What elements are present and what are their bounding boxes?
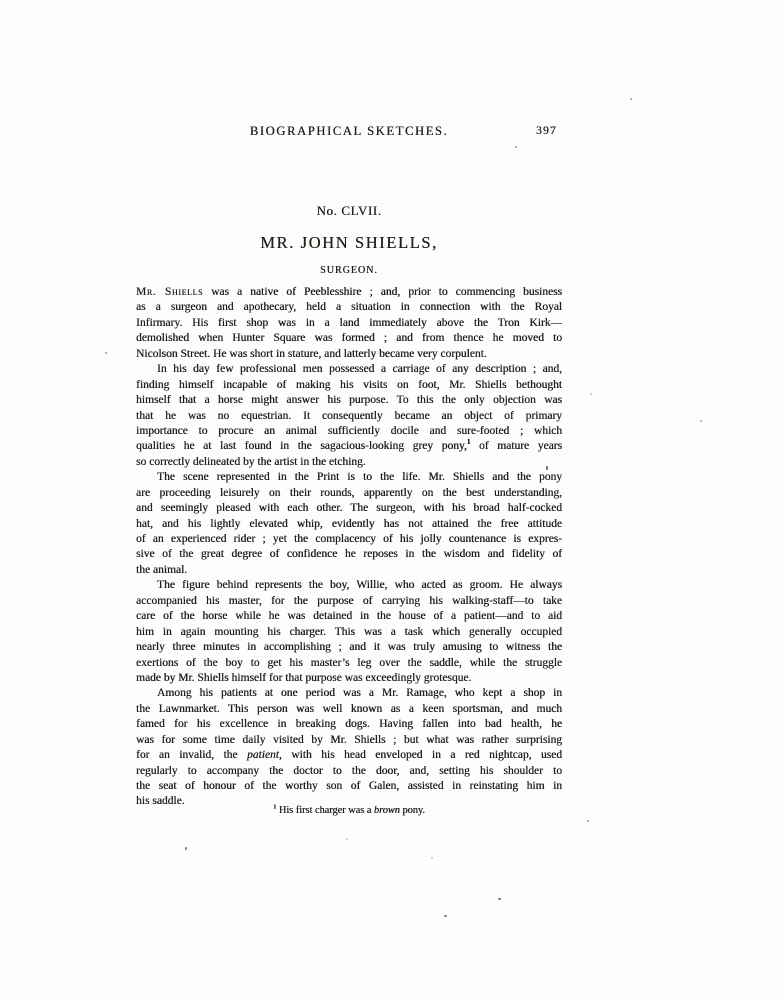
text-line: finding himself incapable of making his … (136, 378, 562, 393)
text-line: Nicolson Street. He was short in stature… (136, 347, 562, 362)
article-body: Mr. Shiells was a native of Peeblesshire… (136, 285, 562, 810)
scan-speck (630, 98, 632, 100)
text-line: was for some time daily visited by Mr. S… (136, 733, 562, 748)
text-line: that he was no equestrian. It consequent… (136, 409, 562, 424)
text-line: accompanied his master, for the purpose … (136, 594, 562, 609)
text-line: Mr. Shiells was a native of Peeblesshire… (136, 285, 562, 300)
text-line: himself that a horse might answer his pu… (136, 393, 562, 408)
text-line: the seat of honour of the worthy son of … (136, 779, 562, 794)
scan-speck (515, 146, 517, 148)
text-line: hat, and his lightly elevated whip, evid… (136, 517, 562, 532)
text-line: care of the horse while he was detained … (136, 609, 562, 624)
article-title: MR. JOHN SHIELLS, (136, 233, 562, 253)
text-line: so correctly delineated by the artist in… (136, 455, 562, 470)
text-line: nearly three minutes in accomplishing ; … (136, 640, 562, 655)
footnote: 1 His first charger was a brown pony. (136, 805, 562, 816)
footnote-reference: 1 (273, 804, 276, 811)
scan-speck (498, 898, 501, 900)
text-line: are proceeding leisurely on their rounds… (136, 486, 562, 501)
text-line: the animal. (136, 563, 562, 578)
scan-speck (105, 352, 107, 354)
text-line: Among his patients at one period was a M… (136, 686, 562, 701)
text-line: The figure behind represents the boy, Wi… (136, 578, 562, 593)
text-line: importance to procure an animal sufficie… (136, 424, 562, 439)
text-line: exertions of the boy to get his master’s… (136, 656, 562, 671)
styled-text: brown (374, 805, 400, 816)
text-line: famed for his excellence in breaking dog… (136, 717, 562, 732)
text-line: In his day few professional men possesse… (136, 362, 562, 377)
text-line: demolished when Hunter Square was formed… (136, 331, 562, 346)
text-line: for an invalid, the patient, with his he… (136, 748, 562, 763)
scan-speck (590, 393, 592, 395)
scan-speck (346, 838, 348, 840)
scan-speck (444, 915, 447, 917)
scan-speck (546, 466, 548, 470)
text-line: and seemingly pleased with each other. T… (136, 501, 562, 516)
text-line: qualities he at last found in the sagaci… (136, 439, 562, 454)
text-line: the Lawnmarket. This person was well kno… (136, 702, 562, 717)
scan-speck (185, 847, 187, 850)
text-line: him in again mounting his charger. This … (136, 625, 562, 640)
styled-text: Mr. Shiells (136, 286, 203, 298)
scan-speck (587, 820, 589, 822)
text-line: made by Mr. Shiells himself for that pur… (136, 671, 562, 686)
running-header: BIOGRAPHICAL SKETCHES. (136, 124, 562, 139)
text-line: as a surgeon and apothecary, held a situ… (136, 300, 562, 315)
book-page: BIOGRAPHICAL SKETCHES. 397 No. CLVII. MR… (0, 0, 782, 1000)
page-number: 397 (536, 125, 557, 137)
text-line: The scene represented in the Print is to… (136, 470, 562, 485)
text-line: sive of the great degree of confidence h… (136, 547, 562, 562)
text-line: of an experienced rider ; yet the compla… (136, 532, 562, 547)
scan-speck (431, 857, 433, 859)
footnote-reference: 1 (467, 439, 471, 446)
text-line: Infirmary. His first shop was in a land … (136, 316, 562, 331)
article-number: No. CLVII. (136, 203, 562, 219)
running-header-title: BIOGRAPHICAL SKETCHES. (250, 124, 448, 138)
styled-text: patient (247, 749, 279, 761)
text-line: regularly to accompany the doctor to the… (136, 764, 562, 779)
article-subtitle: SURGEON. (136, 265, 562, 276)
scan-speck (700, 420, 702, 422)
